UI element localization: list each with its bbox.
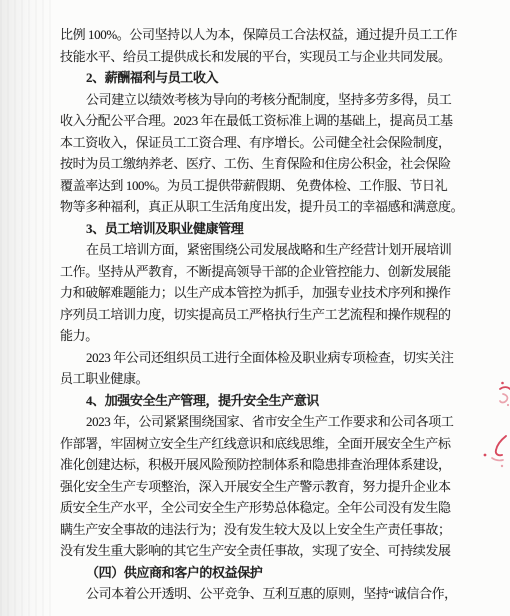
scanned-document-page: 比例 100%。公司坚持以人为本，保障员工合法权益，通过提升员工工作 技能水平、… [0,0,510,616]
text-line: 强化安全生产专项整治，深入开展安全生产警示教育，努力提升企业本 [60,476,445,498]
text-line: 力和破解难题能力；以生产成本管控为抓手，加强专业技术序列和操作 [60,282,445,304]
text-line: 覆盖率达到 100%。为员工提供带薪假期、 免费体检、工作服、节日礼 [60,175,445,197]
section-heading: 3、员工培训及职业健康管理 [60,218,445,240]
text-line: 技能水平、给员工提供成长和发展的平台，实现员工与企业共同发展。 [60,46,445,68]
red-pen-mark-lower [478,430,510,472]
text-line: 质安全生产水平，全公司安全生产形势总体稳定。全年公司没有发生隐 [60,497,445,519]
text-line: 员工职业健康。 [60,368,445,390]
text-line: 作部署，牢固树立安全生产红线意识和底线思维，全面开展安全生产标 [60,433,445,455]
text-line: 在员工培训方面，紧密围绕公司发展战略和生产经营计划开展培训 [60,239,445,261]
text-line: 瞒生产安全事故的违法行为；没有发生较大及以上安全生产责任事故； [60,519,445,541]
text-line: 2023 年，公司紧紧围绕国家、省市安全生产工作要求和公司各项工 [60,411,445,433]
text-line: 没有发生重大影响的其它生产安全责任事故，实现了安全、可持续发展 [60,540,445,562]
document-text: 比例 100%。公司坚持以人为本，保障员工合法权益，通过提升员工工作 技能水平、… [60,24,445,605]
section-heading: 2、薪酬福利与员工收入 [60,67,445,89]
text-line: 工作。坚持从严教育，不断提高领导干部的企业管控能力、创新发展能 [60,261,445,283]
red-pen-mark-upper [490,377,510,409]
text-line: 本工资收入，保证员工工资合理、有序增长。公司健全社会保险制度， [60,132,445,154]
text-line: 物等多种福利，真正从职工生活角度出发，提升员工的幸福感和满意度。 [60,196,445,218]
text-line: 能力。 [60,325,445,347]
text-line: 公司建立以绩效考核为导向的考核分配制度，坚持多劳多得，员工 [60,89,445,111]
text-line: 按时为员工缴纳养老、医疗、工伤、生育保险和住房公积金，社会保险 [60,153,445,175]
section-heading: 4、加强安全生产管理，提升安全生产意识 [60,390,445,412]
text-line: 比例 100%。公司坚持以人为本，保障员工合法权益，通过提升员工工作 [60,24,445,46]
scan-left-edge-shadow [0,0,52,616]
text-line: 2023 年公司还组织员工进行全面体检及职业病专项检查，切实关注 [60,347,445,369]
text-line: 序列员工培训力度，切实提高员工严格执行生产工艺流程和操作规程的 [60,304,445,326]
text-line: 公司本着公开透明、公平竞争、互利互惠的原则，坚持“诚信合作， [60,583,445,605]
text-line: 收入分配公平合理。2023 年在最低工资标准上调的基础上，提高员工基 [60,110,445,132]
section-heading: （四）供应商和客户的权益保护 [60,562,445,584]
text-line: 准化创建达标，积极开展风险预防控制体系和隐患排查治理体系建设， [60,454,445,476]
